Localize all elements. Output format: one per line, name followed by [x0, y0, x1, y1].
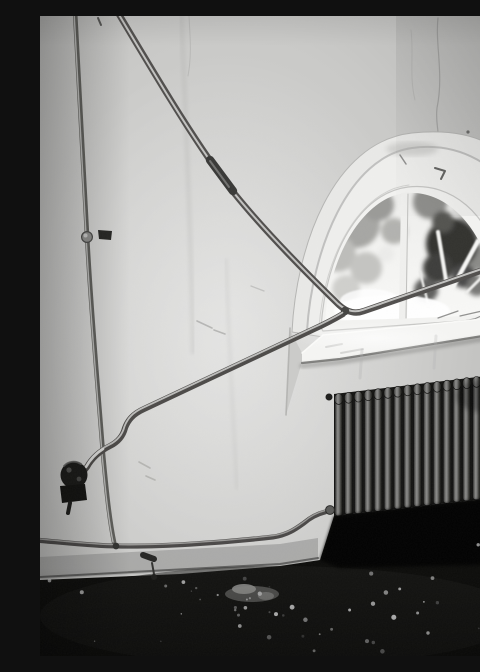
film-grain-overlay [40, 16, 480, 656]
photo-canvas [40, 16, 480, 656]
photo-derelict-room-with-arched-window [40, 16, 480, 656]
